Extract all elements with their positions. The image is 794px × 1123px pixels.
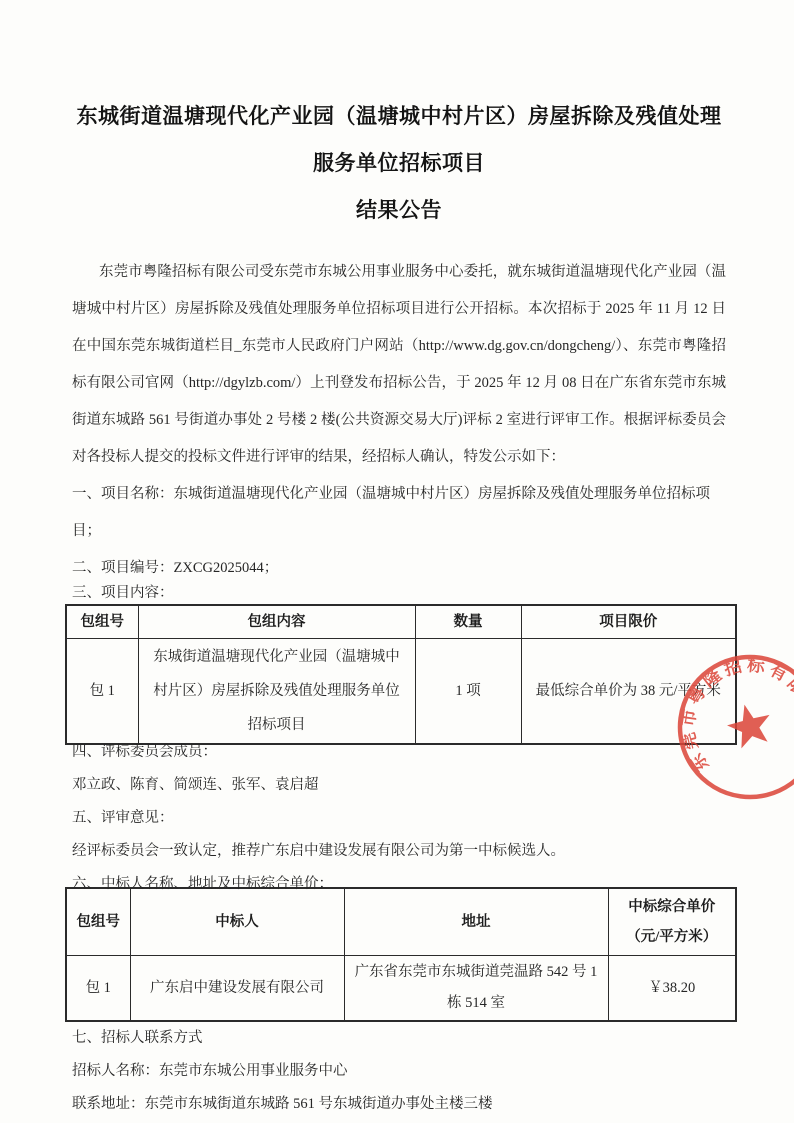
header-winning-price-line2: （元/平方米） [617,922,728,952]
announcement-page: 东城街道温塘现代化产业园（温塘城中村片区）房屋拆除及残值处理 服务单位招标项目 … [0,0,794,1123]
document-title: 东城街道温塘现代化产业园（温塘城中村片区）房屋拆除及残值处理 服务单位招标项目 [72,93,726,187]
document-subtitle: 结果公告 [72,187,726,234]
cell-package-content: 东城街道温塘现代化产业园（温塘城中村片区）房屋拆除及残值处理服务单位招标项目 [138,639,415,745]
cell-quantity: 1 项 [415,639,521,745]
review-opinion: 经评标委员会一致认定，推荐广东启中建设发展有限公司为第一中标候选人。 [72,835,726,868]
section-review-opinion: 五、评审意见： [72,802,726,835]
table-row: 包 1 广东启中建设发展有限公司 广东省东莞市东城街道莞温路 542 号 1 栋… [66,956,736,1022]
cell-package-number: 包 1 [66,956,130,1022]
section-contact: 七、招标人联系方式 [72,1022,726,1055]
header-quantity: 数量 [415,605,521,639]
section-project-name: 一、项目名称：东城街道温塘现代化产业园（温塘城中村片区）房屋拆除及残值处理服务单… [72,476,726,550]
table-row: 包 1 东城街道温塘现代化产业园（温塘城中村片区）房屋拆除及残值处理服务单位招标… [66,639,736,745]
header-package-content: 包组内容 [138,605,415,639]
committee-members: 邓立政、陈育、简颂连、张军、袁启超 [72,769,726,802]
header-address: 地址 [344,888,608,956]
document-title-line1: 东城街道温塘现代化产业园（温塘城中村片区）房屋拆除及残值处理 [77,104,722,128]
cell-package-number: 包 1 [66,639,138,745]
header-price-limit: 项目限价 [521,605,736,639]
cell-price-limit: 最低综合单价为 38 元/平方米 [521,639,736,745]
contact-address: 联系地址：东莞市东城街道东城路 561 号东城街道办事处主楼三楼 [72,1088,726,1121]
contact-name: 招标人名称：东莞市东城公用事业服务中心 [72,1055,726,1088]
cell-winning-price: ￥38.20 [608,956,736,1022]
section-committee: 四、评标委员会成员： [72,736,726,769]
cell-address: 广东省东莞市东城街道莞温路 542 号 1 栋 514 室 [344,956,608,1022]
winner-table: 包组号 中标人 地址 中标综合单价 （元/平方米） 包 1 广东启中建设发展有限… [65,887,737,1022]
project-content-table: 包组号 包组内容 数量 项目限价 包 1 东城街道温塘现代化产业园（温塘城中村片… [65,604,737,745]
header-winning-price: 中标综合单价 （元/平方米） [608,888,736,956]
header-winning-price-line1: 中标综合单价 [617,892,728,922]
document-title-line2: 服务单位招标项目 [313,151,485,175]
cell-winner: 广东启中建设发展有限公司 [130,956,344,1022]
intro-paragraph: 东莞市粤隆招标有限公司受东莞市东城公用事业服务中心委托，就东城街道温塘现代化产业… [72,254,726,476]
